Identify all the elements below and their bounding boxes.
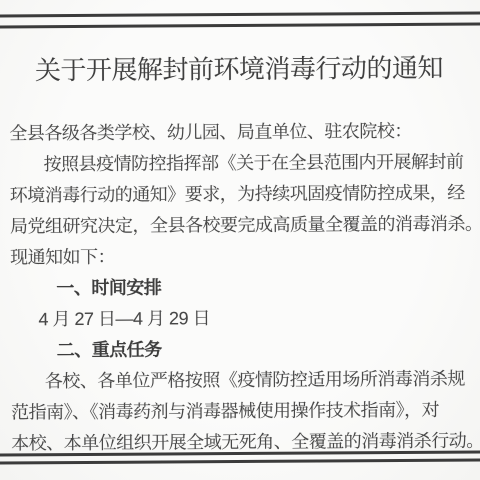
salutation-line: 全县各级各类学校、幼儿园、局直单位、驻农院校： [9,116,471,150]
section-heading-time: 一、时间安排 [10,271,472,305]
notice-body: 全县各级各类学校、幼儿园、局直单位、驻农院校： 按照县疫情防控指挥部《关于在全县… [9,116,473,460]
body-line: 范指南》、《消毒药剂与消毒器械使用操作技术指南》，对 [11,395,473,429]
bottom-double-rule [0,450,480,464]
section-heading-task: 二、重点任务 [11,333,473,367]
body-line: 环境消毒行动的通知》要求，为持续巩固疫情防控成果，经 [10,178,472,212]
date-range-line: 4 月 27 日—4 月 29 日 [10,302,472,336]
notice-title: 关于开展解封前环境消毒行动的通知 [0,51,479,88]
notice-page: 关于开展解封前环境消毒行动的通知 全县各级各类学校、幼儿园、局直单位、驻农院校：… [0,0,480,480]
body-line: 现通知如下： [10,240,472,274]
body-line: 局党组研究决定，全县各校要完成高质量全覆盖的消毒消杀。 [10,209,472,243]
body-line: 各校、各单位严格按照《疫情防控适用场所消毒消杀规 [11,364,473,398]
body-line: 按照县疫情防控指挥部《关于在全县范围内开展解封前 [9,147,471,181]
top-double-rule [0,11,480,28]
